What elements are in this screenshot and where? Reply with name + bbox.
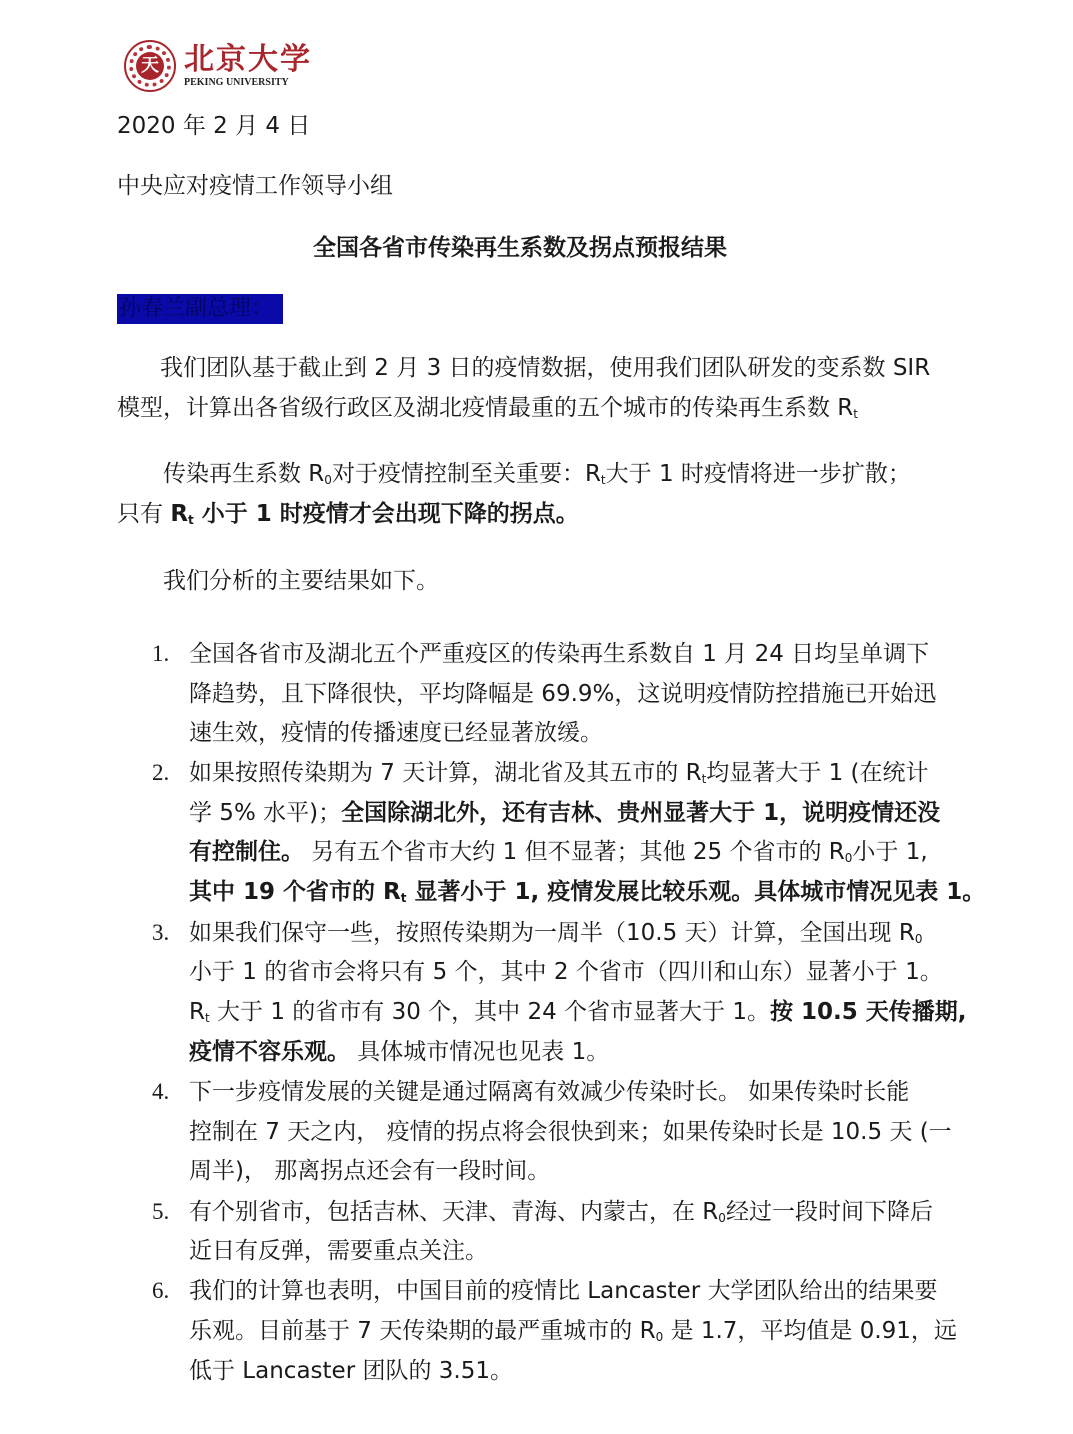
document-date: 2020 年 2 月 4 日 (117, 112, 310, 140)
intro-paragraph-1-line-2: 模型，计算出各省级行政区及湖北疫情最重的五个城市的传染再生系数 Rt (117, 394, 858, 428)
intro-paragraph-2-line-1: 传染再生系数 R0对于疫情控制至关重要：Rt大于 1 时疫情将进一步扩散； (163, 460, 911, 494)
recipient: 中央应对疫情工作领导小组 (117, 172, 393, 200)
peking-university-logo: 天 北京大学 PEKING UNIVERSITY (124, 38, 314, 94)
university-seal-icon: 天 (124, 40, 176, 92)
redacted-salutation: 孙春兰副总理： (117, 294, 283, 324)
intro-paragraph-1-line-1: 我们团队基于截止到 2 月 3 日的疫情数据，使用我们团队研发的变系数 SIR (160, 354, 930, 382)
logo-chinese-name: 北京大学 (184, 44, 312, 76)
document-title: 全国各省市传染再生系数及拐点预报结果 (313, 234, 727, 262)
intro-paragraph-3: 我们分析的主要结果如下。 (163, 567, 439, 595)
intro-paragraph-2-line-2: 只有 Rt 小于 1 时疫情才会出现下降的拐点。 (117, 500, 579, 534)
logo-english-name: PEKING UNIVERSITY (184, 77, 312, 88)
